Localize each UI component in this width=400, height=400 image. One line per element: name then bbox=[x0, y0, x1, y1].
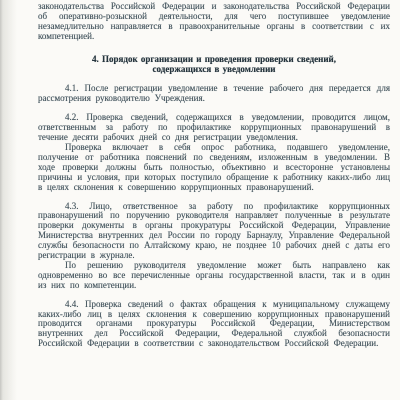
clause-4-1: 4.1. После регистрации уведомление в теч… bbox=[38, 84, 390, 104]
scanned-document-page: законодательства Российской Федерации и … bbox=[0, 0, 400, 400]
clause-4-4-paragraph: 4.4. Проверка сведений о фактах обращени… bbox=[38, 300, 390, 350]
clause-4-1-paragraph: 4.1. После регистрации уведомление в теч… bbox=[38, 84, 390, 104]
clause-4-2-paragraph-1: 4.2. Проверка сведений, содержащихся в у… bbox=[38, 113, 390, 143]
scan-edge-shadow bbox=[0, 0, 18, 400]
clause-4-3-paragraph-1: 4.3. Лицо, ответственное за работу по пр… bbox=[38, 202, 390, 261]
clause-4-4: 4.4. Проверка сведений о фактах обращени… bbox=[38, 300, 390, 350]
document-text-block: законодательства Российской Федерации и … bbox=[38, 2, 390, 349]
section-heading: 4. Порядок организации и проведения пров… bbox=[38, 55, 390, 75]
clause-4-3: 4.3. Лицо, ответственное за работу по пр… bbox=[38, 202, 390, 291]
clause-4-2: 4.2. Проверка сведений, содержащихся в у… bbox=[38, 113, 390, 192]
clause-4-3-paragraph-2: По решению руководителя уведомление може… bbox=[38, 261, 390, 291]
clause-4-2-paragraph-2: Проверка включает в себя опрос работника… bbox=[38, 143, 390, 193]
continuation-paragraph: законодательства Российской Федерации и … bbox=[38, 2, 390, 42]
section-heading-line-2: содержащихся в уведомлении bbox=[38, 65, 390, 75]
